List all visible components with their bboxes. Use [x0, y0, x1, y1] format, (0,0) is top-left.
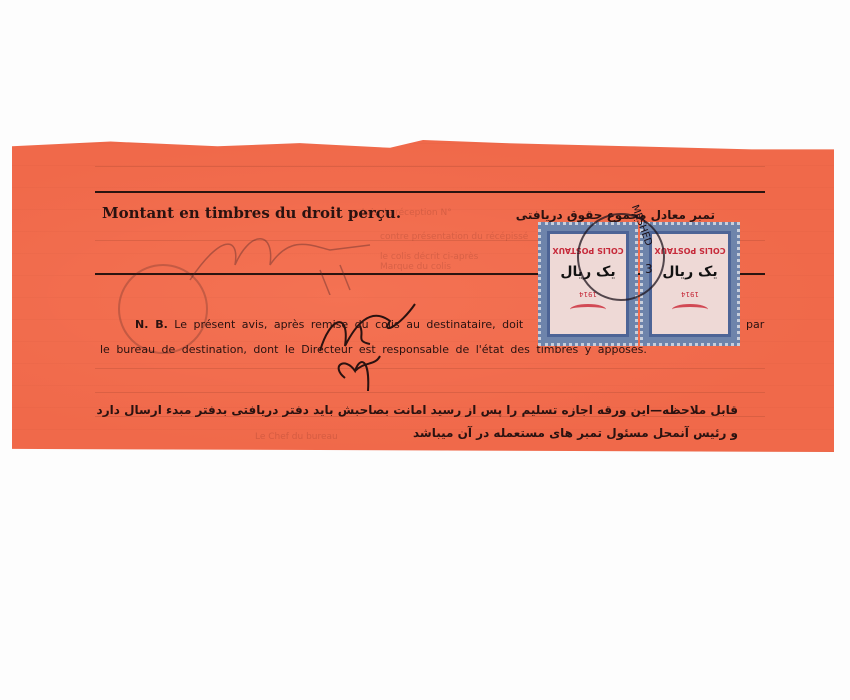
pencil-scribble	[180, 225, 380, 295]
show-through-text: contre présentation du récépissé	[380, 232, 528, 242]
note-fa-line2: و رئیس آنمحل مسئول تمبر های مستعمله در آ…	[413, 426, 738, 440]
ink-signature	[300, 296, 430, 396]
top-rule	[95, 191, 765, 193]
show-through-text: Marque du colis	[380, 262, 451, 272]
form-line	[95, 166, 765, 167]
show-through-text: le colis décrit ci-après	[380, 252, 478, 262]
postmark-day: 3	[645, 262, 653, 276]
header-fr: Montant en timbres du droit perçu.	[102, 204, 401, 222]
stamp-year: 1914	[652, 290, 728, 298]
stamp-overprint: یک ریال	[658, 264, 722, 280]
winged-emblem-icon	[570, 304, 606, 315]
show-through-text: Le Chef du bureau	[255, 432, 338, 442]
form-line	[95, 368, 765, 369]
note-fr-line1-end: par	[746, 318, 764, 331]
form-line	[95, 392, 765, 393]
note-fa-line1: قابل ملاحظه—این ورقه اجازه تسلیم را پس ا…	[97, 403, 738, 417]
cancellation-postmark	[577, 213, 665, 301]
winged-emblem-icon	[672, 304, 708, 315]
